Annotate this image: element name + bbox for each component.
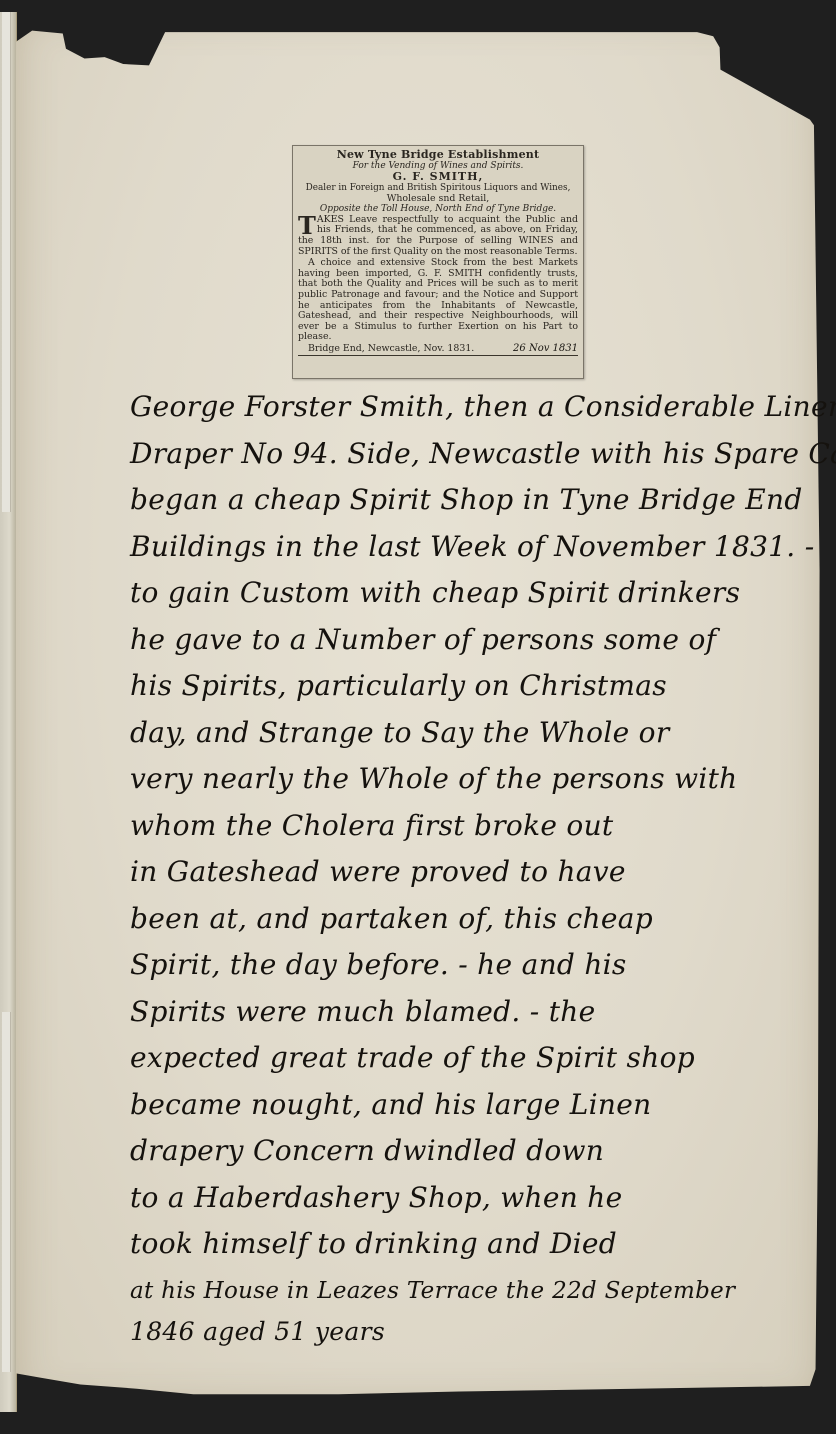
clipping-paragraph-2: A choice and extensive Stock from the be…	[298, 258, 578, 343]
clipping-line-1: Dealer in Foreign and British Spiritous …	[298, 183, 578, 194]
clipping-merchant-name: G. F. SMITH,	[298, 171, 578, 183]
manuscript-line: Spirit, the day before. - he and his	[130, 942, 810, 989]
manuscript-line: very nearly the Whole of the persons wit…	[130, 756, 810, 803]
manuscript-line: Buildings in the last Week of November 1…	[130, 524, 810, 571]
manuscript-line: George Forster Smith, then a Considerabl…	[130, 384, 810, 431]
clipping-dropcap: T	[298, 216, 316, 236]
page-tab	[2, 12, 11, 512]
manuscript-line: day, and Strange to Say the Whole or	[130, 710, 810, 757]
clipping-footer: Bridge End, Newcastle, Nov. 1831. 26 Nov…	[298, 344, 578, 356]
manuscript-line: at his House in Leazes Terrace the 22d S…	[130, 1268, 810, 1315]
manuscript-line: began a cheap Spirit Shop in Tyne Bridge…	[130, 477, 810, 524]
clipping-paragraph-1: TAKES Leave respectfully to acquaint the…	[298, 215, 578, 257]
clipping-title: New Tyne Bridge Establishment	[298, 149, 578, 161]
manuscript-line: he gave to a Number of persons some of	[130, 617, 810, 664]
handwritten-text: George Forster Smith, then a Considerabl…	[130, 384, 810, 1350]
adjacent-page-edge	[0, 12, 17, 1412]
manuscript-line: Spirits were much blamed. - the	[130, 989, 810, 1036]
manuscript-line: took himself to drinking and Died	[130, 1221, 810, 1268]
manuscript-line: to a Haberdashery Shop, when he	[130, 1175, 810, 1222]
clipping-handwritten-date: 26 Nov 1831	[513, 344, 578, 355]
newspaper-clipping: New Tyne Bridge Establishment For the Ve…	[292, 145, 584, 379]
manuscript-line: in Gateshead were proved to have	[130, 849, 810, 896]
manuscript-line: Draper No 94. Side, Newcastle with his S…	[130, 431, 810, 478]
manuscript-line: expected great trade of the Spirit shop	[130, 1035, 810, 1082]
page-tab	[2, 1012, 11, 1372]
manuscript-line: to gain Custom with cheap Spirit drinker…	[130, 570, 810, 617]
manuscript-line: became nought, and his large Linen	[130, 1082, 810, 1129]
clipping-line-2: Wholesale snd Retail,	[298, 194, 578, 205]
manuscript-line: been at, and partaken of, this cheap	[130, 896, 810, 943]
clipping-paragraph-1-text: AKES Leave respectfully to acquaint the …	[298, 214, 578, 257]
manuscript-line: whom the Cholera first broke out	[130, 803, 810, 850]
manuscript-line: his Spirits, particularly on Christmas	[130, 663, 810, 710]
clipping-footer-text: Bridge End, Newcastle, Nov. 1831.	[308, 344, 474, 355]
manuscript-line: drapery Concern dwindled down	[130, 1128, 810, 1175]
manuscript-line: 1846 aged 51 years	[130, 1314, 810, 1350]
